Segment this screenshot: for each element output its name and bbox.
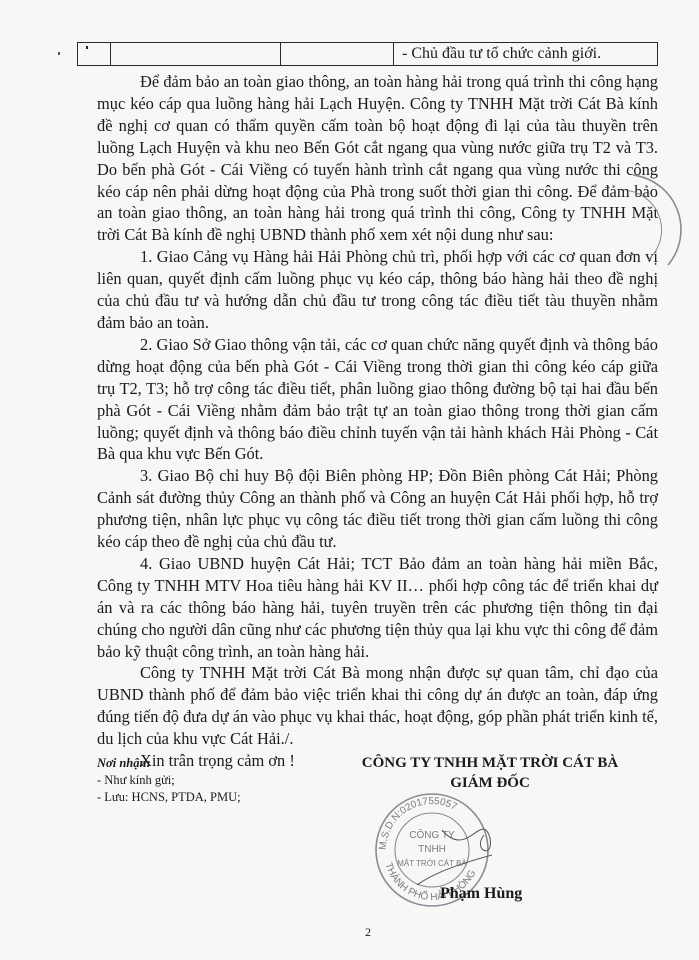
signer-position: GIÁM ĐỐC bbox=[360, 773, 620, 793]
table-cell-note: - Chủ đầu tư tổ chức cảnh giới. bbox=[394, 43, 657, 65]
recipient-item: - Như kính gửi; bbox=[97, 772, 241, 789]
table-row: - Chủ đầu tư tổ chức cảnh giới. bbox=[77, 42, 658, 66]
svg-text:MẶT TRỜI CÁT BÀ: MẶT TRỜI CÁT BÀ bbox=[397, 859, 467, 868]
signature-block: CÔNG TY TNHH MẶT TRỜI CÁT BÀ GIÁM ĐỐC bbox=[360, 753, 620, 793]
document-page: - Chủ đầu tư tổ chức cảnh giới. Để đảm b… bbox=[0, 0, 699, 960]
paragraph-intro: Để đảm bảo an toàn giao thông, an toàn h… bbox=[97, 71, 658, 246]
table-cell-index bbox=[78, 43, 111, 65]
paragraph-item-2: 2. Giao Sở Giao thông vận tải, các cơ qu… bbox=[97, 334, 658, 465]
paragraph-item-1: 1. Giao Cảng vụ Hàng hải Hải Phòng chủ t… bbox=[97, 246, 658, 334]
paragraph-item-3: 3. Giao Bộ chỉ huy Bộ đội Biên phòng HP;… bbox=[97, 465, 658, 553]
paragraph-closing: Công ty TNHH Mặt trời Cát Bà mong nhận đ… bbox=[97, 662, 658, 750]
recipient-item: - Lưu: HCNS, PTDA, PMU; bbox=[97, 789, 241, 806]
recipients-title: Nơi nhận: bbox=[97, 755, 241, 772]
paragraph-item-4: 4. Giao UBND huyện Cát Hải; TCT Bảo đảm … bbox=[97, 553, 658, 663]
svg-text:M.S.D.N:0201755057: M.S.D.N:0201755057 bbox=[378, 796, 459, 850]
document-body: Để đảm bảo an toàn giao thông, an toàn h… bbox=[97, 71, 658, 772]
svg-text:CÔNG TY: CÔNG TY bbox=[409, 828, 455, 841]
table-cell-3 bbox=[281, 43, 394, 65]
page-number: 2 bbox=[365, 925, 371, 940]
svg-text:TNHH: TNHH bbox=[418, 844, 446, 855]
table-cell-2 bbox=[111, 43, 281, 65]
signer-name: Phạm Hùng bbox=[440, 885, 522, 903]
recipients-block: Nơi nhận: - Như kính gửi; - Lưu: HCNS, P… bbox=[97, 755, 241, 806]
company-name: CÔNG TY TNHH MẶT TRỜI CÁT BÀ bbox=[360, 753, 620, 773]
scan-mark bbox=[58, 52, 60, 55]
